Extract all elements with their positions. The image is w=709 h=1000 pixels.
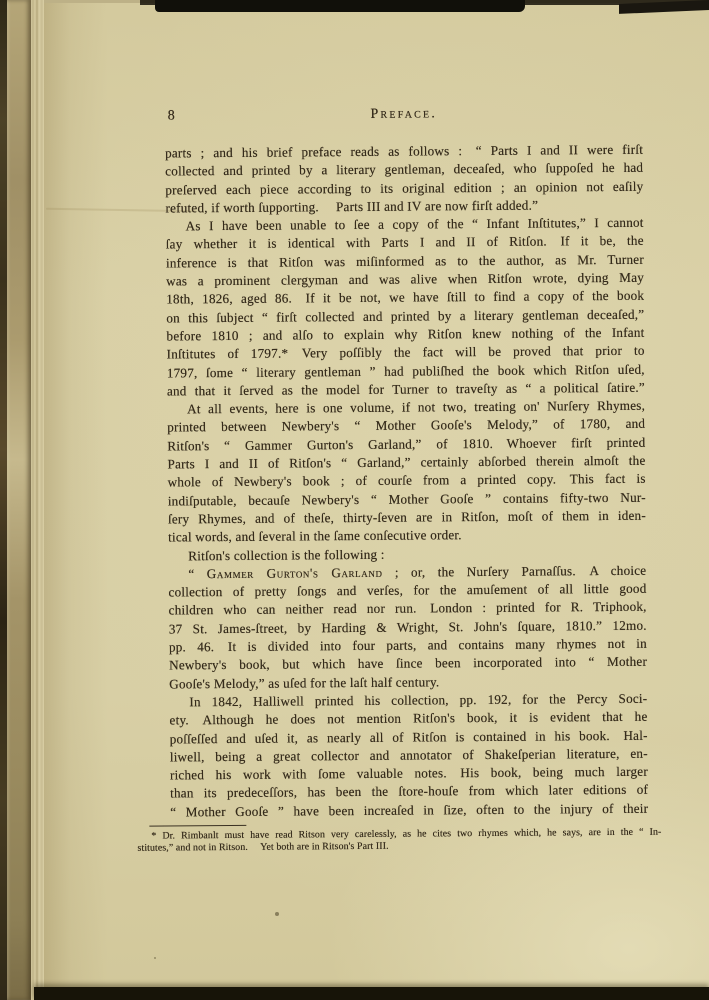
text-segment: 18th, 1826, aged 86. If it be not, we ha… xyxy=(166,288,644,307)
small-caps-text: Gammer Gurton's Garland xyxy=(207,565,383,581)
text-segment: preſerved each piece according to its or… xyxy=(165,178,643,197)
text-segment: liwell, being a great collector and anno… xyxy=(170,746,648,765)
text-segment: “ Mother Gooſe ” have been increaſed in … xyxy=(170,800,648,819)
text-segment: refuted, if worth ſupporting. Parts III … xyxy=(165,197,538,215)
text-segment: ſery Rhymes, and of theſe, thirty-ſeven … xyxy=(168,508,646,527)
text-segment: riched his work with ſome valuable notes… xyxy=(170,764,648,783)
page-number: 8 xyxy=(168,108,175,124)
text-segment: printed between Newbery's “ Mother Gooſe… xyxy=(167,416,645,435)
page-content: 8 Preface. parts ; and his brief preface… xyxy=(165,105,649,855)
text-segment: At all events, here is one volume, if no… xyxy=(187,398,645,417)
text-segment: poſſeſſed and uſed it, as nearly all of … xyxy=(170,727,648,746)
scan-top-edge-dark-band xyxy=(155,0,525,12)
text-segment: ; or, the Nurſery Parnaſſus. A choice xyxy=(382,563,646,580)
text-segment: Gooſe's Melody,” as uſed for the laſt ha… xyxy=(169,674,439,691)
footnote-rule xyxy=(149,825,246,827)
text-line: Newbery's book, but which have ſince bee… xyxy=(169,653,647,675)
text-line: preſerved each piece according to its or… xyxy=(165,177,643,199)
text-segment: As I have been unable to ſee a copy of t… xyxy=(186,215,644,234)
text-segment: tical words, and ſeveral in the ſame con… xyxy=(168,527,462,544)
running-title: Preface. xyxy=(165,105,643,125)
text-segment: parts ; and his brief preface reads as f… xyxy=(165,142,643,161)
binding-tape xyxy=(7,0,31,1000)
text-segment: ety. Although he does not mention Ritſon… xyxy=(169,709,647,728)
text-segment: 1797, ſome “ literary gentleman ” had pu… xyxy=(167,361,645,380)
paragraph: parts ; and his brief preface reads as f… xyxy=(165,141,644,218)
body-text: parts ; and his brief preface reads as f… xyxy=(165,141,648,822)
text-segment: Newbery's book, but which have ſince bee… xyxy=(169,654,647,673)
paragraph: At all events, here is one volume, if no… xyxy=(167,397,646,547)
text-segment: than its predeceſſors, has been the ſtor… xyxy=(170,782,648,801)
footnote: * Dr. Rimbanlt must have read Ritson ver… xyxy=(137,822,661,855)
text-segment: In 1842, Halliwell printed his collectio… xyxy=(189,691,647,710)
paragraph: In 1842, Halliwell printed his collectio… xyxy=(169,690,648,822)
text-line: “ Mother Gooſe ” have been increaſed in … xyxy=(170,799,648,821)
text-segment: collection of pretty ſongs and verſes, f… xyxy=(168,581,646,600)
book-gutter xyxy=(0,0,7,1000)
text-segment: ſay whether it is identical with Parts I… xyxy=(166,233,644,252)
text-segment: Ritſon's “ Gammer Gurton's Garland,” of … xyxy=(167,434,645,453)
text-segment: before 1810 ; and alſo to explain why Ri… xyxy=(166,325,644,344)
scan-bottom-edge xyxy=(34,987,709,1000)
text-segment: whole of Newbery's book ; of courſe from… xyxy=(168,471,646,490)
paper-specks xyxy=(275,912,279,916)
running-header: 8 Preface. xyxy=(165,105,643,126)
text-segment: collected and printed by a literary gent… xyxy=(165,160,643,179)
text-segment: Parts I and II of Ritſon's “ Garland,” c… xyxy=(167,453,645,472)
text-segment: indiſputable, becauſe Newbery's “ Mother… xyxy=(168,489,646,508)
footnote-lines: * Dr. Rimbanlt must have read Ritson ver… xyxy=(137,827,661,855)
text-segment: on this ſubject “ firſt collected and pr… xyxy=(166,306,644,325)
text-segment: pp. 46. It is divided into four parts, a… xyxy=(169,636,647,655)
text-segment: 37 St. James-ſtreet, by Harding & Wright… xyxy=(169,617,647,636)
page-edge-lines xyxy=(31,0,44,1000)
text-segment: “ xyxy=(188,566,206,581)
text-segment: and that it ſerved as the model for Turn… xyxy=(167,380,645,399)
text-segment: inference is that Ritſon was miſinformed… xyxy=(166,252,644,271)
paragraph: As I have been unable to ſee a copy of t… xyxy=(166,214,645,401)
text-segment: Inſtitutes of 1797.* Very poſſibly the f… xyxy=(167,343,645,362)
paragraph: “ Gammer Gurton's Garland ; or, the Nurſ… xyxy=(168,562,647,694)
text-segment: was a prominent clergyman and was alive … xyxy=(166,270,644,289)
text-segment: children who can neither read nor run. L… xyxy=(169,599,647,618)
text-segment: Ritſon's collection is the following : xyxy=(188,546,385,563)
